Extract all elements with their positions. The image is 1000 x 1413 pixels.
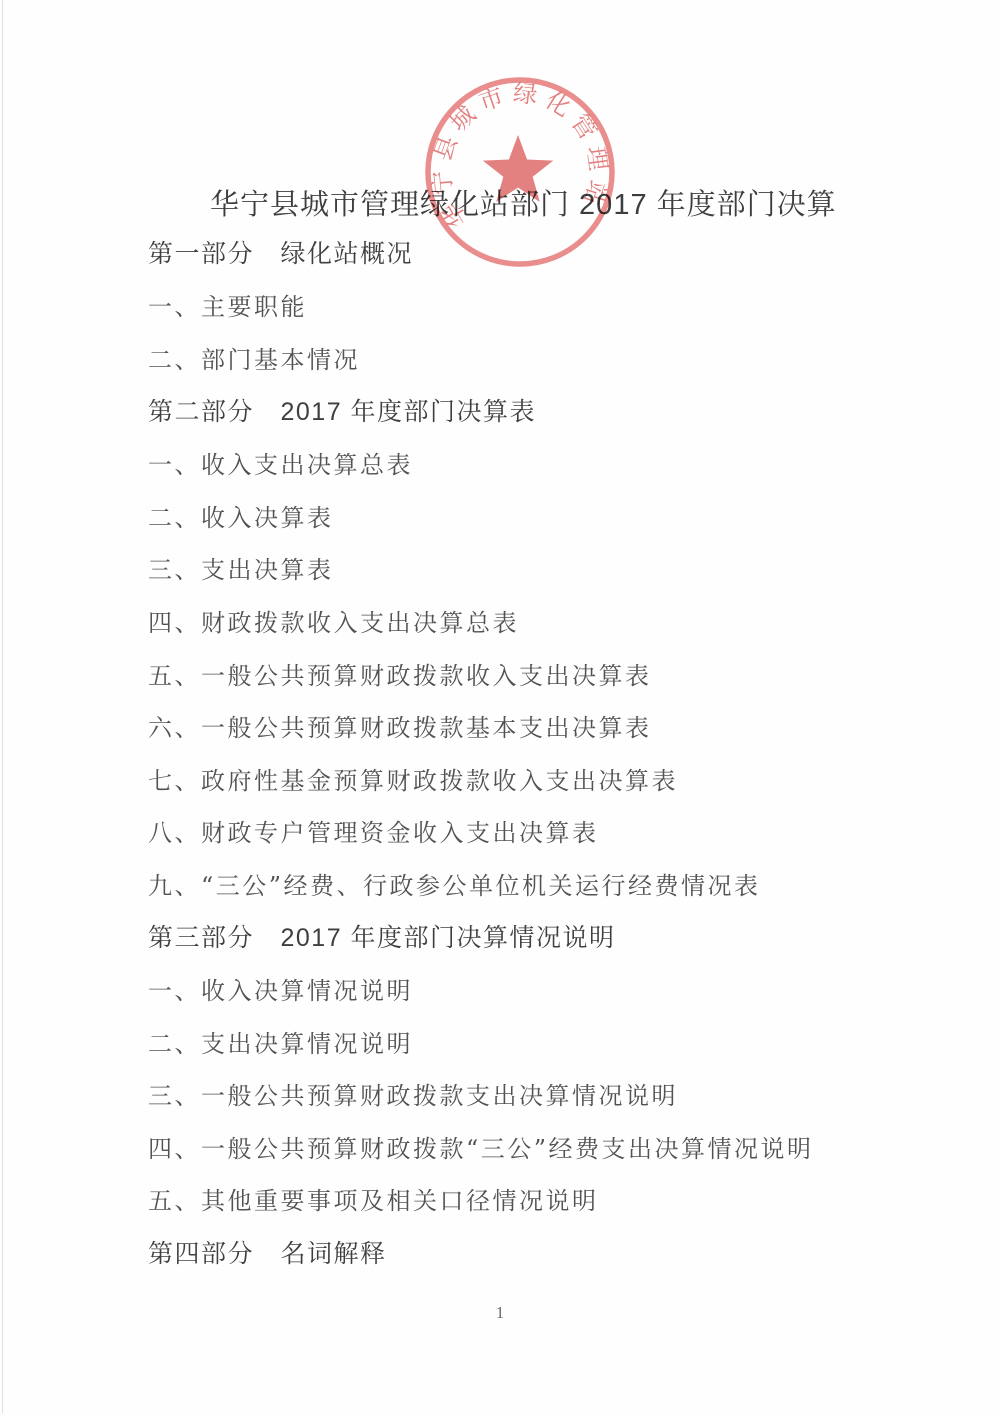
scan-edge-artifact — [2, 0, 3, 1413]
toc-item: 三、支出决算表 — [148, 542, 948, 595]
toc-item: 一、收入支出决算总表 — [148, 436, 948, 489]
toc-item: 六、一般公共预算财政拨款基本支出决算表 — [148, 699, 948, 752]
toc-item: 一、主要职能 — [148, 279, 948, 332]
toc-item: 七、政府性基金预算财政拨款收入支出决算表 — [148, 752, 948, 805]
toc-section-heading: 第二部分 2017 年度部门决算表 — [148, 384, 948, 437]
official-seal: 华宁县城市绿化管理站 — [408, 64, 638, 284]
table-of-contents: 第一部分 绿化站概况一、主要职能二、部门基本情况第二部分 2017 年度部门决算… — [148, 226, 948, 1278]
toc-item: 二、支出决算情况说明 — [148, 1015, 948, 1068]
seal-star-icon — [483, 135, 553, 202]
toc-item: 三、一般公共预算财政拨款支出决算情况说明 — [148, 1068, 948, 1121]
toc-item: 四、财政拨款收入支出决算总表 — [148, 594, 948, 647]
toc-item: 二、部门基本情况 — [148, 331, 948, 384]
toc-item: 四、一般公共预算财政拨款“三公”经费支出决算情况说明 — [148, 1120, 948, 1173]
page-number: 1 — [0, 1303, 1000, 1323]
toc-section-heading: 第四部分 名词解释 — [148, 1225, 948, 1278]
toc-item: 二、收入决算表 — [148, 489, 948, 542]
toc-item: 一、收入决算情况说明 — [148, 962, 948, 1015]
toc-item: 九、“三公”经费、行政参公单位机关运行经费情况表 — [148, 857, 948, 910]
toc-item: 八、财政专户管理资金收入支出决算表 — [148, 805, 948, 858]
toc-section-heading: 第三部分 2017 年度部门决算情况说明 — [148, 910, 948, 963]
document-page: 华宁县城市管理绿化站部门 2017 年度部门决算 第一部分 绿化站概况一、主要职… — [0, 0, 1000, 1413]
toc-item: 五、其他重要事项及相关口径情况说明 — [148, 1173, 948, 1226]
toc-item: 五、一般公共预算财政拨款收入支出决算表 — [148, 647, 948, 700]
